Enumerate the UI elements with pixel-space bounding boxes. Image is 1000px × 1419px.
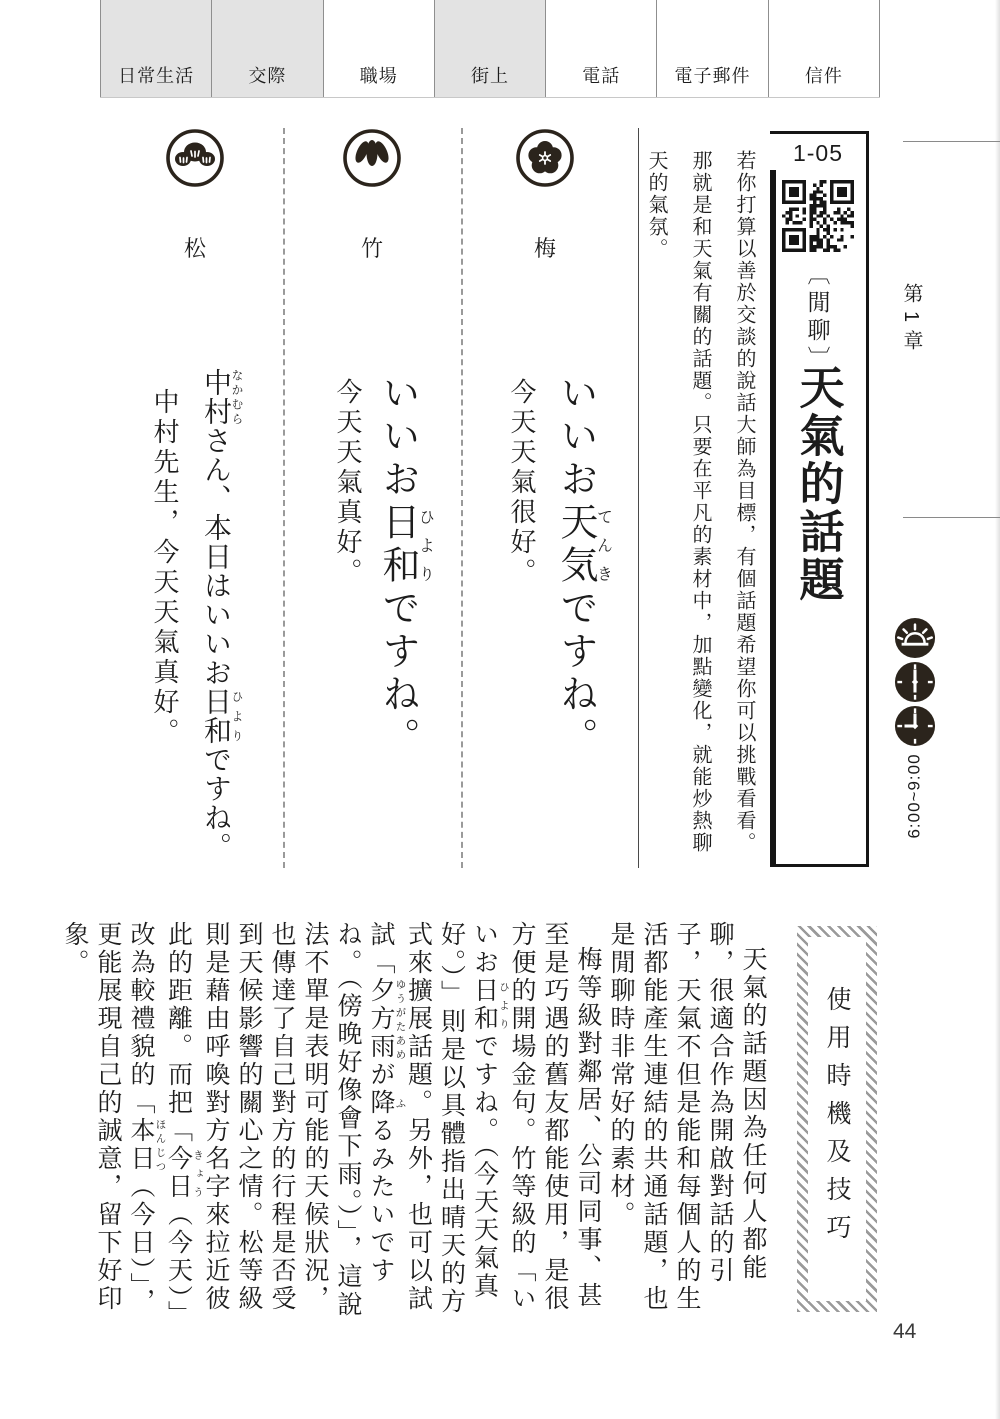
- level-label-plum: 梅: [515, 232, 575, 263]
- tab-email[interactable]: 電子郵件: [657, 0, 768, 97]
- tab-label: 信件: [805, 62, 843, 88]
- divider-dashed: [461, 128, 463, 868]
- clock-6-icon: [894, 661, 936, 703]
- book-page: 日常生活 交際 職場 街上 電話 電子郵件 信件 第1章: [0, 0, 1000, 1419]
- chapter-label: 第1章: [897, 283, 926, 358]
- tab-label: 街上: [471, 62, 509, 88]
- pine-icon: [165, 128, 225, 188]
- bamboo-icon: [342, 128, 402, 188]
- tab-letter[interactable]: 信件: [769, 0, 880, 97]
- tab-social[interactable]: 交際: [212, 0, 323, 97]
- tab-label: 日常生活: [118, 62, 194, 88]
- tab-workplace[interactable]: 職場: [324, 0, 435, 97]
- time-range-label: 6:00~9:00: [905, 753, 925, 838]
- divider-solid: [638, 128, 639, 868]
- lesson-title: 天氣的話題: [786, 364, 851, 604]
- level-label-pine: 松: [165, 232, 225, 263]
- level-phrase-plum: いいお天気てんきですね。: [549, 373, 611, 760]
- chapter-tab-bar: 日常生活 交際 職場 街上 電話 電子郵件 信件: [100, 0, 880, 98]
- time-of-day-icons: [894, 617, 936, 747]
- qr-code[interactable]: [782, 180, 854, 252]
- intro-text: 若你打算以善於交談的說話大師為目標，有個話題希望你可以挑戰看看。那就是和天氣有關…: [636, 150, 766, 866]
- level-label-bamboo: 竹: [342, 232, 402, 263]
- usage-paragraph: 梅等級對鄰居、公司同事、甚至是巧遇的舊友都能使用，是很方便的開場金句。竹等級的「…: [59, 921, 605, 1319]
- level-translation-bamboo: 今天天氣真好。: [330, 378, 367, 588]
- level-phrase-pine: 中村なかむらさん、本日はいいお日和ひよりですね。: [196, 368, 243, 861]
- page-number: 44: [893, 1320, 916, 1344]
- tab-street[interactable]: 街上: [435, 0, 546, 97]
- time-range: 6:00~9:00: [889, 753, 941, 839]
- tab-label: 職場: [360, 62, 398, 88]
- lesson-category: 〔閒聊〕: [802, 262, 835, 374]
- page-edge: [995, 0, 1000, 1419]
- level-phrase-bamboo: いいお日和ひよりですね。: [371, 373, 433, 760]
- sunrise-icon: [894, 617, 936, 659]
- tab-phone[interactable]: 電話: [546, 0, 657, 97]
- tab-daily-life[interactable]: 日常生活: [100, 0, 212, 97]
- lesson-number: 1-05: [770, 140, 866, 167]
- tab-label: 電子郵件: [675, 62, 751, 88]
- usage-paragraph: 天氣的話題因為任何人都能聊，很適合作為開啟對話的引子，天氣不但是能和每個人的生活…: [605, 921, 770, 1319]
- usage-heading-box: 使用時機及技巧: [797, 926, 877, 1312]
- level-translation-plum: 今天天氣很好。: [504, 378, 541, 588]
- tab-label: 電話: [582, 62, 620, 88]
- usage-heading: 使用時機及技巧: [819, 986, 855, 1252]
- lesson-head-box: 1-05 〔閒聊〕 天氣的話題: [770, 131, 869, 867]
- level-translation-pine: 中村先生，今天天氣真好。: [147, 388, 184, 748]
- usage-heading-inner: 使用時機及技巧: [808, 937, 866, 1301]
- divider-dashed: [283, 128, 285, 868]
- plum-icon: [515, 128, 575, 188]
- tab-label: 交際: [248, 62, 286, 88]
- clock-9-icon: [894, 705, 936, 747]
- margin-rule-bottom: [903, 517, 1000, 518]
- usage-body: 天氣的話題因為任何人都能聊，很適合作為開啟對話的引子，天氣不但是能和每個人的生活…: [75, 921, 770, 1319]
- margin-rule-top: [903, 141, 1000, 142]
